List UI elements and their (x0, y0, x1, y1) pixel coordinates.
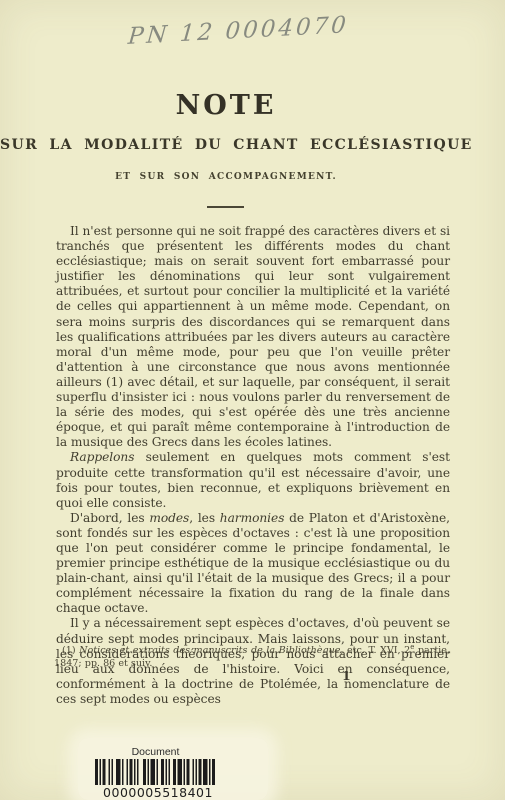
italic-text-segment: Notices et extraits des manuscrits de la… (79, 645, 340, 656)
text-segment: de Platon et d'Aristoxène, sont fondés s… (56, 511, 450, 616)
barcode-number: 0000005518401 (78, 785, 238, 800)
body-text-column: Il n'est personne qui ne soit frappé des… (56, 224, 450, 707)
barcode-image (95, 759, 215, 785)
body-paragraph: Rappelons seulement en quelques mots com… (56, 450, 450, 510)
italic-text-segment: Rappelons (70, 450, 134, 464)
footnote: (1) Notices et extraits des manuscrits d… (54, 644, 450, 670)
page-subsubtitle: ET SUR SON ACCOMPAGNEMENT. (0, 172, 452, 182)
italic-text-segment: harmonies (220, 511, 285, 525)
text-segment: , les (189, 511, 220, 525)
body-paragraph: Il n'est personne qui ne soit frappé des… (56, 224, 450, 450)
italic-text-segment: modes (149, 511, 189, 525)
text-segment: , etc. T. XVI, 2 (340, 645, 410, 656)
barcode-label: Document (78, 746, 233, 758)
text-segment: (1) (62, 645, 79, 656)
divider-rule (207, 206, 244, 208)
page-title: NOTE (0, 90, 452, 121)
text-segment: Il n'est personne qui ne soit frappé des… (56, 224, 450, 449)
barcode-sticker: Document 0000005518401 (78, 738, 268, 800)
page-number: 1 (342, 668, 351, 683)
scanned-document-page: PN 12 0004070 NOTE SUR LA MODALITÉ DU CH… (0, 0, 505, 800)
page-subtitle: SUR LA MODALITÉ DU CHANT ECCLÉSIASTIQUE (0, 137, 452, 153)
text-segment: D'abord, les (70, 511, 149, 525)
body-paragraph: D'abord, les modes, les harmonies de Pla… (56, 511, 450, 617)
handwritten-accession-number: PN 12 0004070 (127, 12, 350, 50)
